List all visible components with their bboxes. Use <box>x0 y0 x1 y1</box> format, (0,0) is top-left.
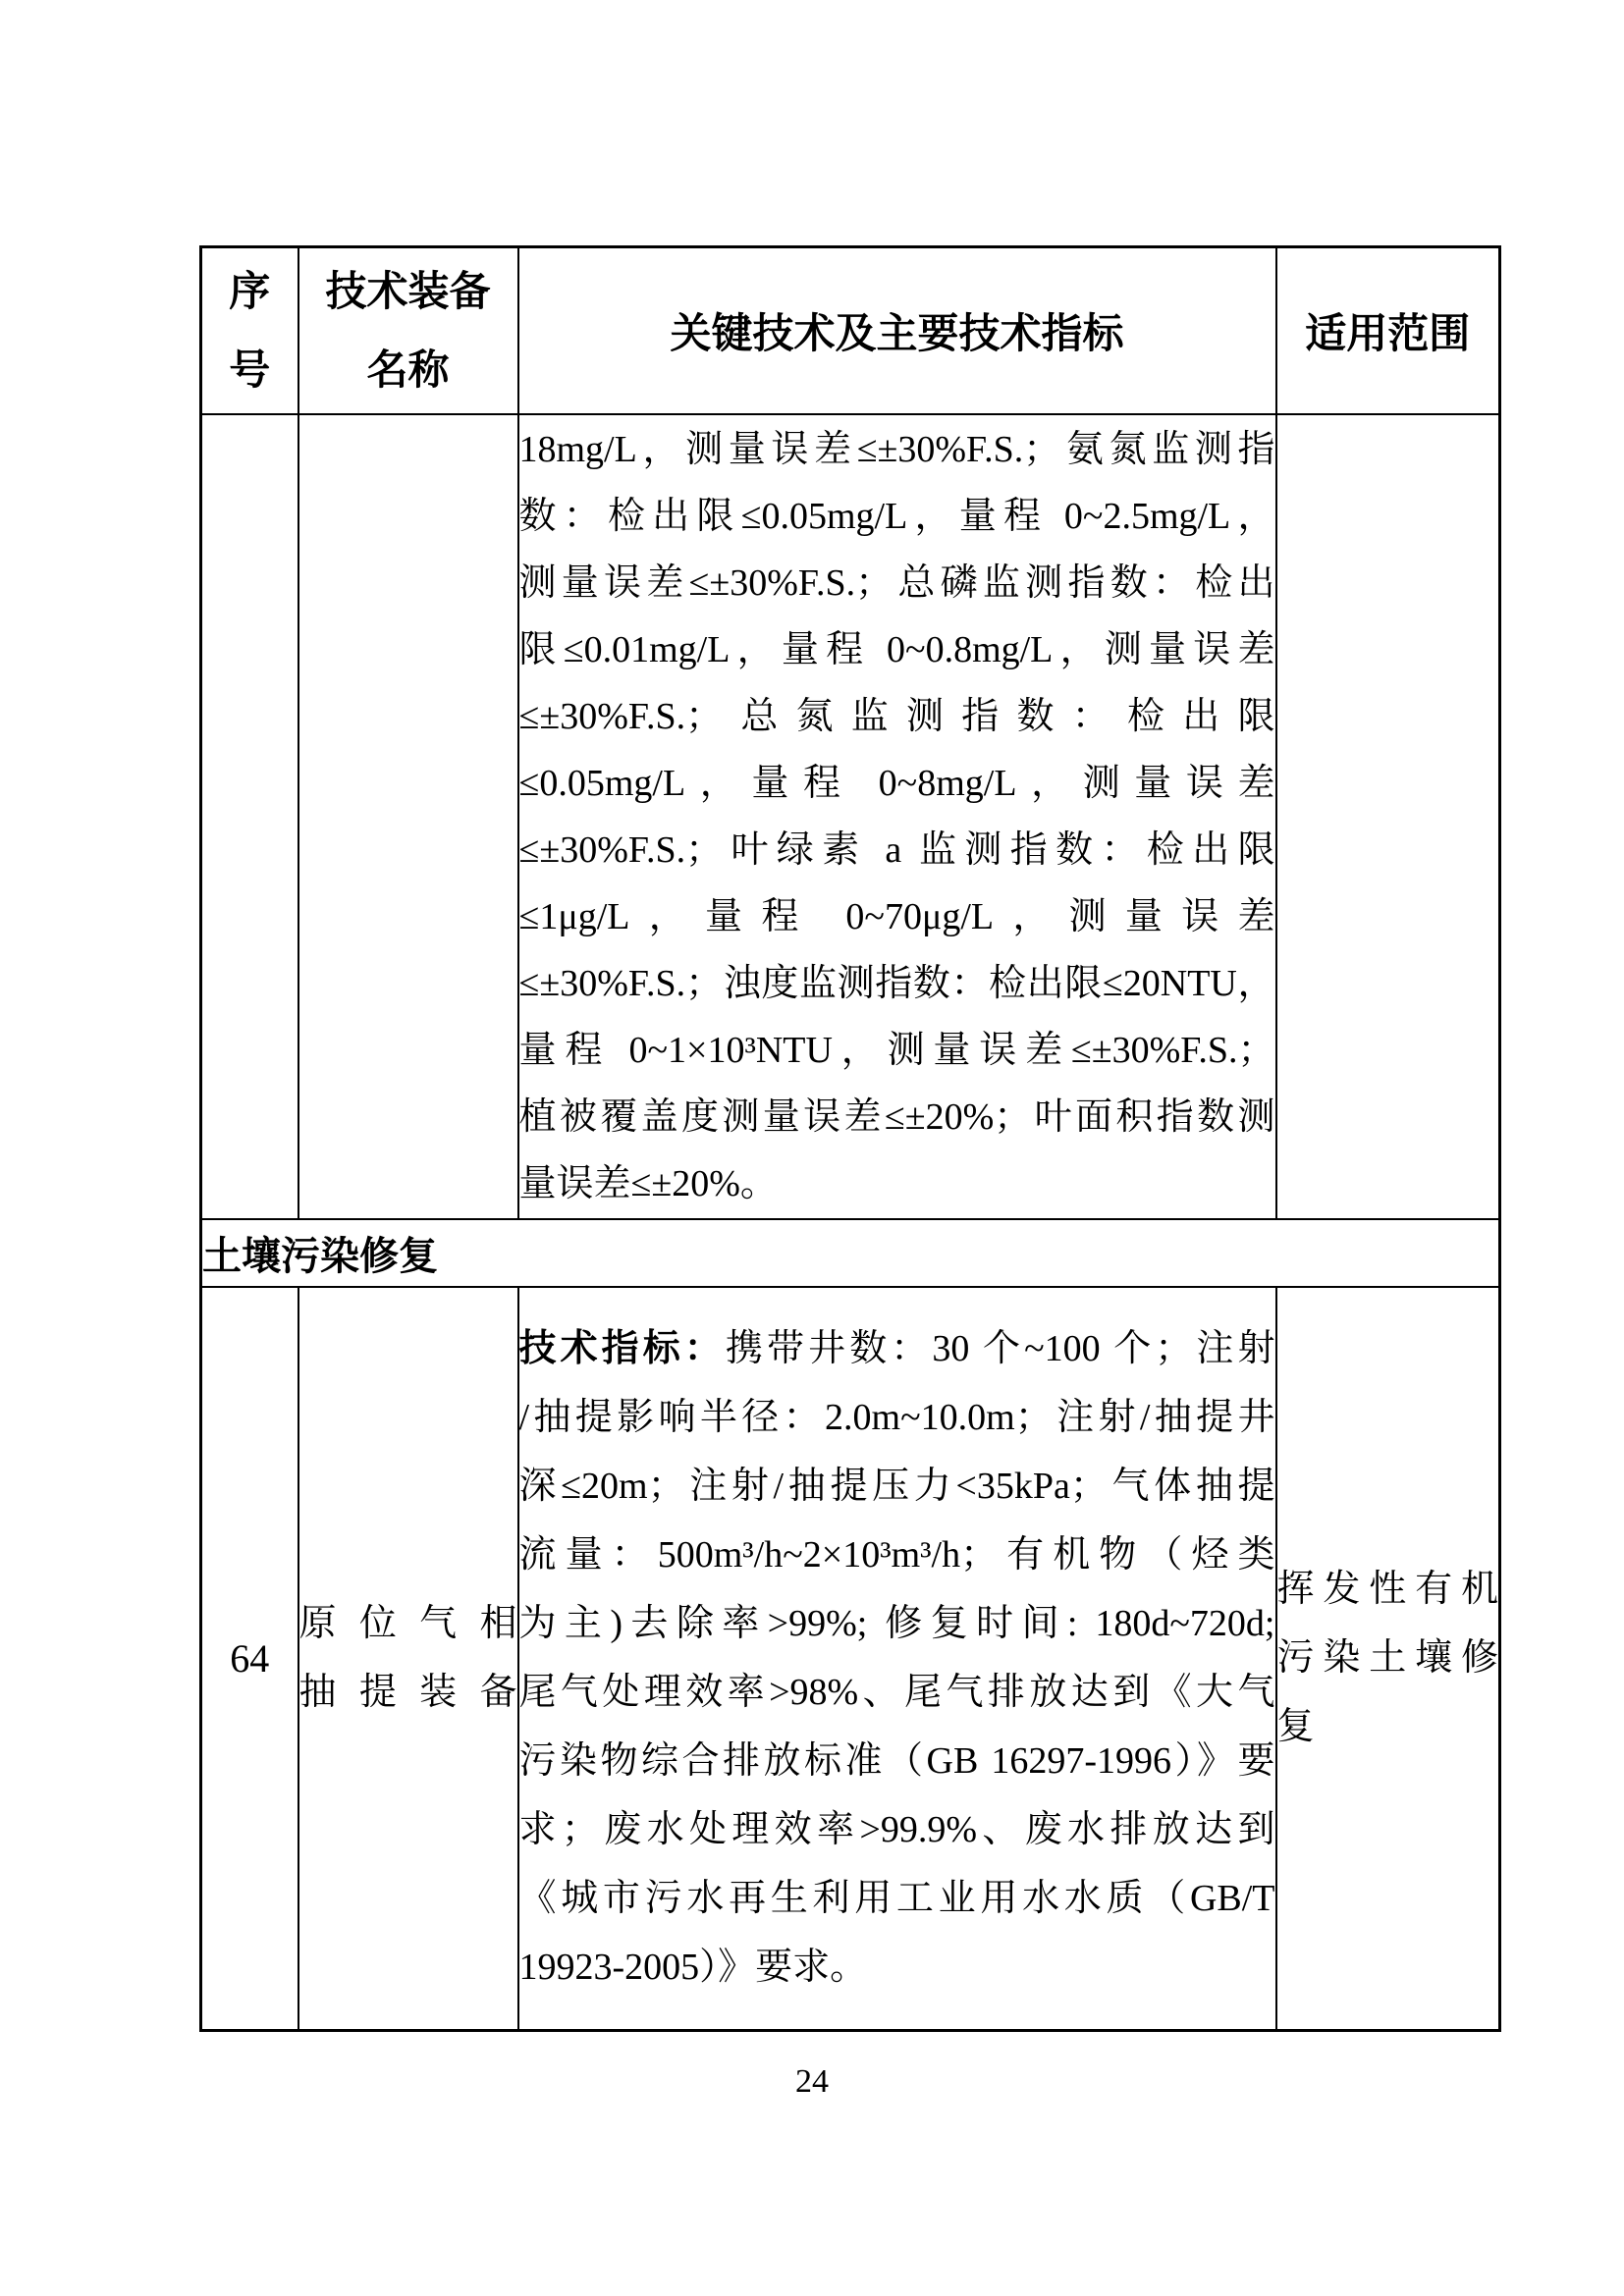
continuation-scope-cell <box>1276 414 1500 1219</box>
indicator-line: 《城市污水再生利用工业用水水质（GB/T <box>519 1864 1275 1933</box>
header-index-line1: 序 <box>202 252 298 331</box>
row64-name-cell: 原位气相 抽提装备 <box>298 1287 518 2031</box>
indicator-line: 深≤20m；注射/抽提压力<35kPa；气体抽提 <box>519 1452 1275 1521</box>
indicator-line: 量误差≤±20%。 <box>519 1150 1275 1217</box>
row64-index-cell: 64 <box>201 1287 298 2031</box>
indicator-line: ≤1μg/L，量程 0~70μg/L，测量误差 <box>519 883 1275 950</box>
indicator-line: 18mg/L，测量误差≤±30%F.S.；氨氮监测指 <box>519 416 1275 483</box>
indicators-label: 技术指标： <box>519 1328 726 1369</box>
indicator-line: 植被覆盖度测量误差≤±20%；叶面积指数测 <box>519 1084 1275 1150</box>
scope-line: 复 <box>1277 1692 1499 1761</box>
section-row: 土壤污染修复 <box>201 1219 1500 1287</box>
row64-scope-cell: 挥发性有机 污染土壤修 复 <box>1276 1287 1500 2031</box>
table-header-row: 序 号 技术装备 名称 关键技术及主要技术指标 适用范围 <box>201 247 1500 414</box>
page-number: 24 <box>0 2063 1624 2101</box>
header-cell-scope: 适用范围 <box>1276 247 1500 414</box>
indicator-line: 量程 0~1×10³NTU，测量误差≤±30%F.S.； <box>519 1017 1275 1084</box>
indicator-line-text: 携带井数：30 个~100 个；注射 <box>726 1328 1275 1369</box>
section-title: 土壤污染修复 <box>201 1219 1500 1287</box>
row64-indicators-cell: 技术指标：携带井数：30 个~100 个；注射 /抽提影响半径：2.0m~10.… <box>518 1287 1276 2031</box>
continuation-index-cell <box>201 414 298 1219</box>
indicator-line: 尾气处理效率>98%、尾气排放达到《大气 <box>519 1658 1275 1727</box>
header-equipment-line2: 名称 <box>299 331 517 409</box>
indicator-line: ≤±30%F.S.；叶绿素 a 监测指数：检出限 <box>519 817 1275 883</box>
indicator-line: 流量：500m³/h~2×10³m³/h；有机物（烃类 <box>519 1521 1275 1589</box>
continuation-row: 18mg/L，测量误差≤±30%F.S.；氨氮监测指 数：检出限≤0.05mg/… <box>201 414 1500 1219</box>
scope-line: 挥发性有机 <box>1277 1555 1499 1624</box>
indicator-line: 限≤0.01mg/L，量程 0~0.8mg/L，测量误差 <box>519 616 1275 683</box>
continuation-indicators-cell: 18mg/L，测量误差≤±30%F.S.；氨氮监测指 数：检出限≤0.05mg/… <box>518 414 1276 1219</box>
equipment-name-line: 原位气相 <box>299 1589 517 1658</box>
indicator-line: 技术指标：携带井数：30 个~100 个；注射 <box>519 1314 1275 1383</box>
header-index-line2: 号 <box>202 331 298 409</box>
equipment-table: 序 号 技术装备 名称 关键技术及主要技术指标 适用范围 18mg/L，测量误差… <box>199 245 1501 2032</box>
indicator-line: ≤±30%F.S.；浊度监测指数：检出限≤20NTU， <box>519 950 1275 1017</box>
indicator-line: 19923-2005）》要求。 <box>519 1933 1275 2002</box>
header-cell-key-indicators: 关键技术及主要技术指标 <box>518 247 1276 414</box>
header-cell-equipment-name: 技术装备 名称 <box>298 247 518 414</box>
indicator-line: 测量误差≤±30%F.S.；总磷监测指数：检出 <box>519 550 1275 616</box>
equipment-name-line: 抽提装备 <box>299 1658 517 1727</box>
indicator-line: 污染物综合排放标准（GB 16297-1996）》要 <box>519 1727 1275 1795</box>
indicator-line: /抽提影响半径：2.0m~10.0m；注射/抽提井 <box>519 1383 1275 1452</box>
scope-line: 污染土壤修 <box>1277 1624 1499 1692</box>
document-page: 序 号 技术装备 名称 关键技术及主要技术指标 适用范围 18mg/L，测量误差… <box>0 0 1624 2296</box>
header-cell-index: 序 号 <box>201 247 298 414</box>
indicator-line: ≤±30%F.S.；总氮监测指数：检出限 <box>519 683 1275 750</box>
table-row-64: 64 原位气相 抽提装备 技术指标：携带井数：30 个~100 个；注射 /抽提… <box>201 1287 1500 2031</box>
indicator-line: ≤0.05mg/L，量程 0~8mg/L，测量误差 <box>519 750 1275 817</box>
continuation-name-cell <box>298 414 518 1219</box>
indicator-line: 数：检出限≤0.05mg/L，量程 0~2.5mg/L， <box>519 483 1275 550</box>
header-equipment-line1: 技术装备 <box>299 252 517 331</box>
indicator-line: 求；废水处理效率>99.9%、废水排放达到 <box>519 1795 1275 1864</box>
indicator-line: 为主)去除率>99%; 修复时间: 180d~720d; <box>519 1589 1275 1658</box>
